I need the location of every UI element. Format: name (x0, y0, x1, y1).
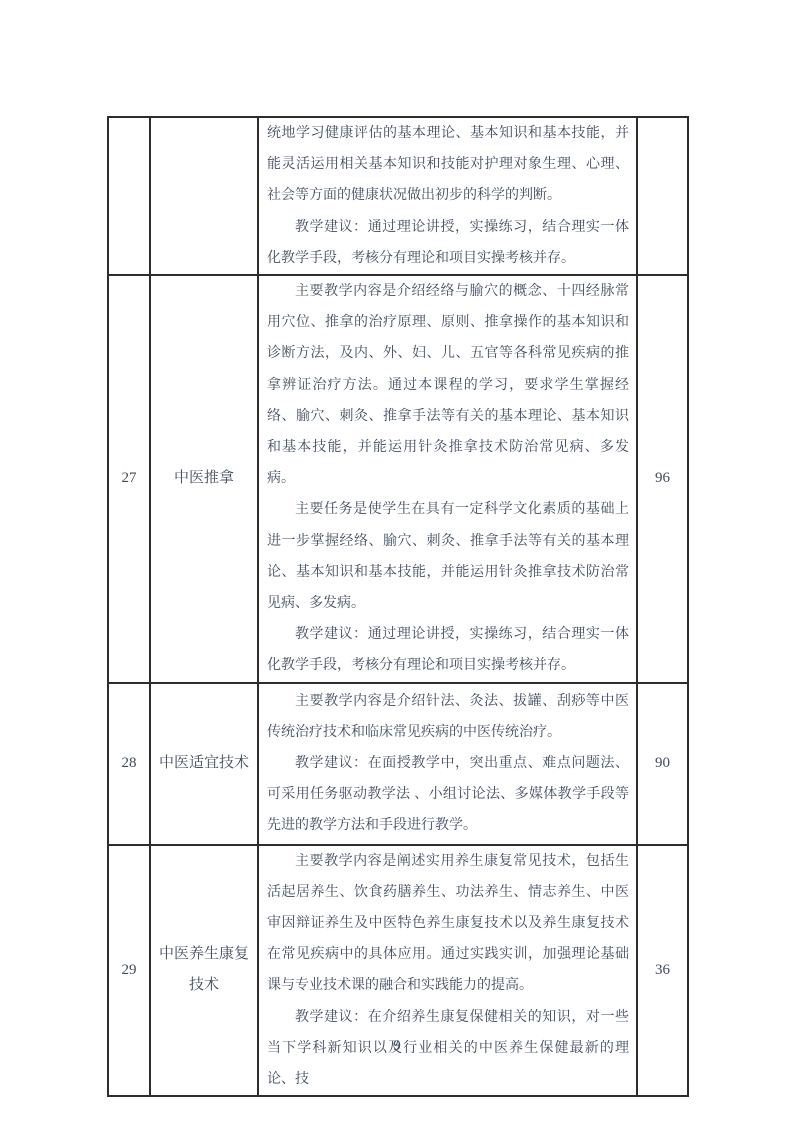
course-hours: 36 (637, 845, 688, 1097)
course-number: 28 (108, 683, 150, 845)
description-paragraph: 教学建议：通过理论讲授，实操练习，结合理实一体化教学手段，考核分有理论和项目实操… (267, 212, 629, 274)
course-table-body: 统地学习健康评估的基本理论、基本知识和基本技能，并能灵活运用相关基本知识和技能对… (108, 117, 688, 1096)
document-page: 统地学习健康评估的基本理论、基本知识和基本技能，并能灵活运用相关基本知识和技能对… (0, 0, 794, 1123)
course-table: 统地学习健康评估的基本理论、基本知识和基本技能，并能灵活运用相关基本知识和技能对… (107, 116, 689, 1097)
course-name: 中医推拿 (150, 275, 258, 683)
course-name: 中医养生康复技术 (150, 845, 258, 1097)
course-name: 中医适宜技术 (150, 683, 258, 845)
description-paragraph: 主要教学内容是介绍针法、灸法、拔罐、刮痧等中医传统治疗技术和临床常见疾病的中医传… (267, 686, 629, 748)
course-description: 主要教学内容是介绍经络与腧穴的概念、十四经脉常用穴位、推拿的治疗原理、原则、推拿… (258, 275, 637, 683)
course-description: 主要教学内容是阐述实用养生康复常见技术，包括生活起居养生、饮食药膳养生、功法养生… (258, 845, 637, 1097)
description-paragraph: 教学建议：通过理论讲授，实操练习，结合理实一体化教学手段，考核分有理论和项目实操… (267, 619, 629, 681)
table-row: 29 中医养生康复技术 主要教学内容是阐述实用养生康复常见技术，包括生活起居养生… (108, 845, 688, 1097)
course-number: 29 (108, 845, 150, 1097)
course-name (150, 117, 258, 275)
course-number: 27 (108, 275, 150, 683)
course-description: 统地学习健康评估的基本理论、基本知识和基本技能，并能灵活运用相关基本知识和技能对… (258, 117, 637, 275)
description-paragraph: 教学建议：在面授教学中，突出重点、难点问题法、可采用任务驱动教学法 、小组讨论法… (267, 748, 629, 842)
description-paragraph: 主要任务是使学生在具有一定科学文化素质的基础上进一步掌握经络、腧穴、刺灸、推拿手… (267, 494, 629, 619)
course-description: 主要教学内容是介绍针法、灸法、拔罐、刮痧等中医传统治疗技术和临床常见疾病的中医传… (258, 683, 637, 845)
description-paragraph: 统地学习健康评估的基本理论、基本知识和基本技能，并能灵活运用相关基本知识和技能对… (267, 118, 629, 212)
page-number: 9 (0, 1038, 794, 1055)
description-paragraph: 主要教学内容是阐述实用养生康复常见技术，包括生活起居养生、饮食药膳养生、功法养生… (267, 846, 629, 1002)
course-hours (637, 117, 688, 275)
table-row: 27 中医推拿 主要教学内容是介绍经络与腧穴的概念、十四经脉常用穴位、推拿的治疗… (108, 275, 688, 683)
table-row: 统地学习健康评估的基本理论、基本知识和基本技能，并能灵活运用相关基本知识和技能对… (108, 117, 688, 275)
course-number (108, 117, 150, 275)
course-hours: 90 (637, 683, 688, 845)
course-hours: 96 (637, 275, 688, 683)
description-paragraph: 主要教学内容是介绍经络与腧穴的概念、十四经脉常用穴位、推拿的治疗原理、原则、推拿… (267, 276, 629, 494)
table-row: 28 中医适宜技术 主要教学内容是介绍针法、灸法、拔罐、刮痧等中医传统治疗技术和… (108, 683, 688, 845)
